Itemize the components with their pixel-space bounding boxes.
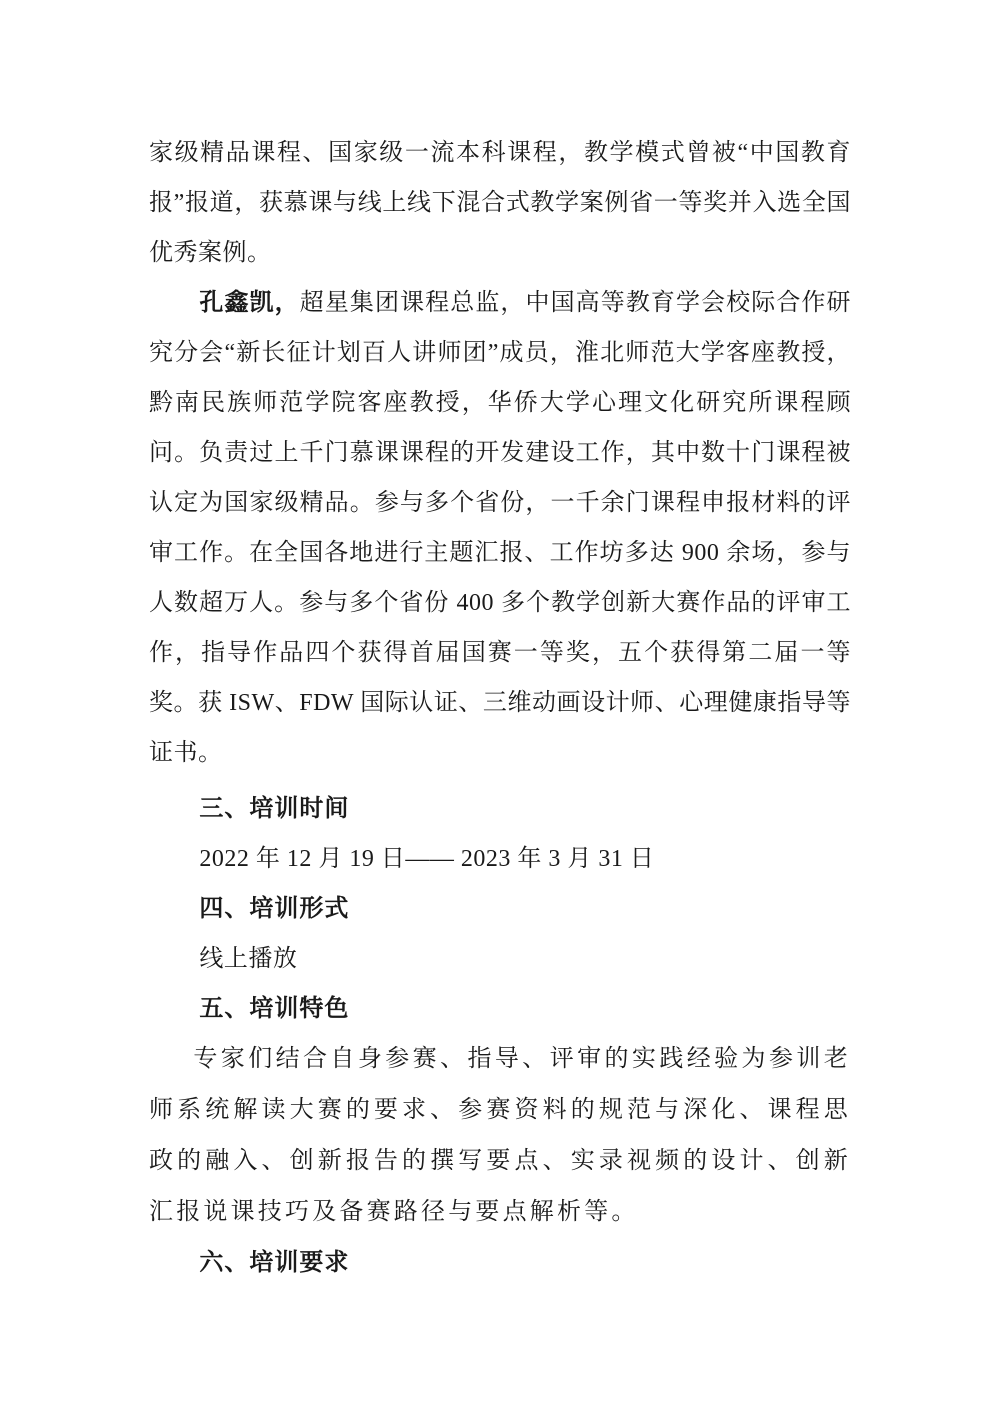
bio-text: 超星集团课程总监，中国高等教育学会校际合作研究分会“新长征计划百人讲师团”成员，… xyxy=(149,290,851,766)
training-format-value: 线上播放 xyxy=(149,934,851,984)
document-content: 家级精品课程、国家级一流本科课程，教学模式曾被“中国教育报”报道，获慕课与线上线… xyxy=(149,128,851,1288)
section-heading-training-format: 四、培训形式 xyxy=(149,884,851,934)
training-time-value: 2022 年 12 月 19 日—— 2023 年 3 月 31 日 xyxy=(149,834,851,884)
bio-paragraph: 孔鑫凯，超星集团课程总监，中国高等教育学会校际合作研究分会“新长征计划百人讲师团… xyxy=(149,278,851,778)
continuation-paragraph: 家级精品课程、国家级一流本科课程，教学模式曾被“中国教育报”报道，获慕课与线上线… xyxy=(149,128,851,278)
bio-name: 孔鑫凯， xyxy=(199,290,299,316)
document-page: 家级精品课程、国家级一流本科课程，教学模式曾被“中国教育报”报道，获慕课与线上线… xyxy=(0,0,999,1414)
section-heading-training-requirements: 六、培训要求 xyxy=(149,1238,851,1288)
section-heading-training-time: 三、培训时间 xyxy=(149,784,851,834)
section-heading-training-features: 五、培训特色 xyxy=(149,984,851,1034)
training-features-paragraph: 专家们结合自身参赛、指导、评审的实践经验为参训老师系统解读大赛的要求、参赛资料的… xyxy=(149,1034,851,1238)
